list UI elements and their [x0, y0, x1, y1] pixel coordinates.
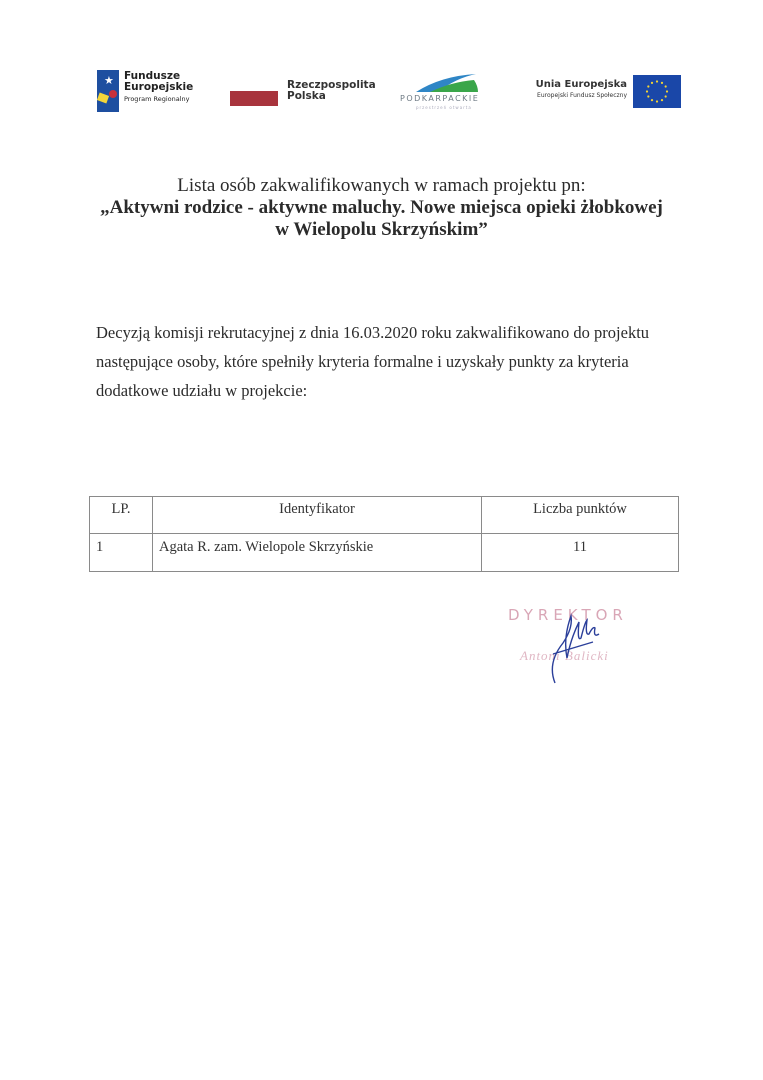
logo-text: Europejskie — [124, 82, 193, 93]
cell-identyfikator: Agata R. zam. Wielopole Skrzyńskie — [153, 534, 482, 572]
document-title: Lista osób zakwalifikowanych w ramach pr… — [100, 175, 663, 241]
table-header-row: LP. Identyfikator Liczba punktów — [90, 497, 679, 534]
logo-fundusze-europejskie: ★ Fundusze Europejskie Program Regionaln… — [97, 70, 217, 114]
logo-text: Unia Europejska — [536, 79, 627, 91]
decision-paragraph: Decyzją komisji rekrutacyjnej z dnia 16.… — [96, 318, 696, 405]
eu-flag-icon — [633, 75, 681, 108]
logo-podkarpackie: PODKARPACKIE przestrzeń otwarta — [398, 72, 488, 112]
header-liczba-punktow: Liczba punktów — [482, 497, 679, 534]
signature-icon — [533, 608, 613, 688]
fe-flag-icon: ★ — [97, 70, 119, 112]
qualified-persons-table: LP. Identyfikator Liczba punktów 1 Agata… — [89, 496, 679, 572]
table-row: 1 Agata R. zam. Wielopole Skrzyńskie 11 — [90, 534, 679, 572]
title-line: Lista osób zakwalifikowanych w ramach pr… — [100, 175, 663, 197]
logo-unia-europejska: Unia Europejska Europejski Fundusz Społe… — [515, 75, 685, 111]
logo-text: Polska — [287, 91, 376, 102]
cell-points: 11 — [482, 534, 679, 572]
logo-text: przestrzeń otwarta — [416, 105, 472, 110]
header-lp: LP. — [90, 497, 153, 534]
cell-lp: 1 — [90, 534, 153, 572]
director-stamp: DYREKTOR Antoni Balicki — [505, 606, 665, 686]
logo-rzeczpospolita-polska: Rzeczpospolita Polska — [230, 80, 380, 110]
logo-text: Program Regionalny — [124, 94, 193, 105]
polish-flag-icon — [230, 91, 278, 106]
header-identyfikator: Identyfikator — [153, 497, 482, 534]
logo-text: Europejski Fundusz Społeczny — [536, 91, 627, 101]
podkarpackie-hills-icon — [416, 72, 478, 94]
project-name: „Aktywni rodzice - aktywne maluchy. Nowe… — [100, 197, 663, 241]
logo-text: PODKARPACKIE — [400, 94, 479, 103]
